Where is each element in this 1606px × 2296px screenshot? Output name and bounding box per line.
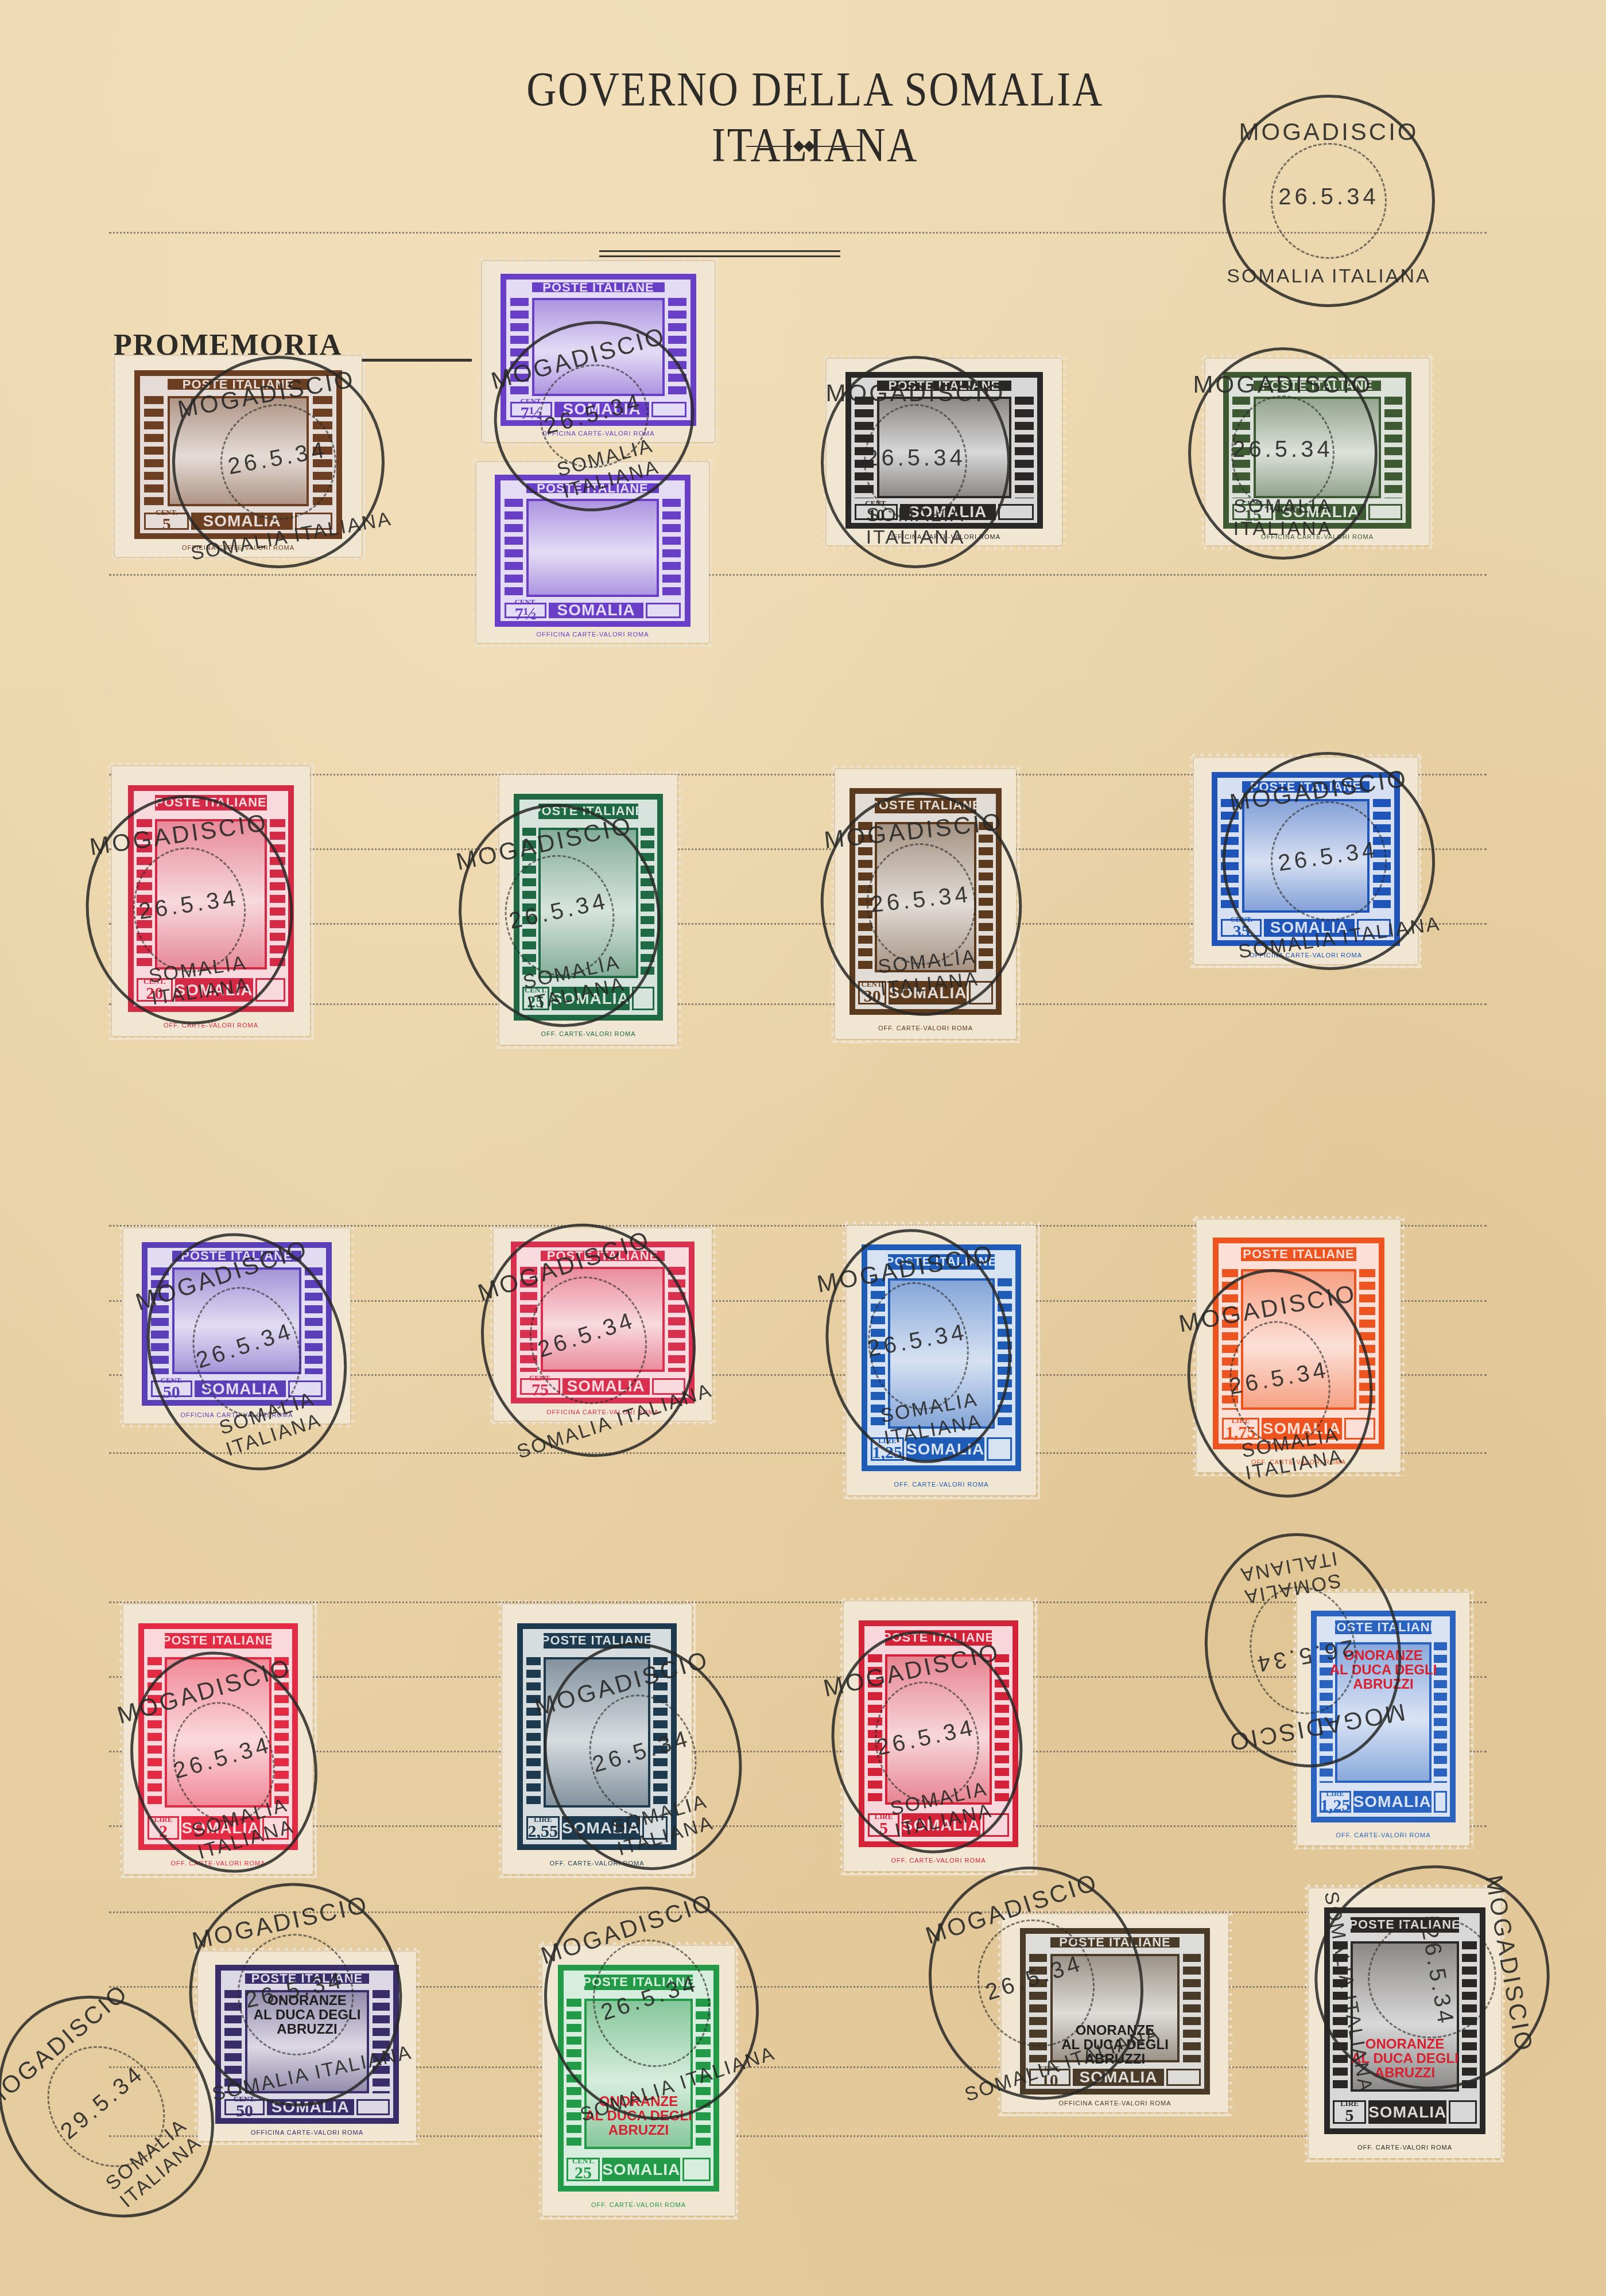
stamp-top-text: POSTE ITALIANE [532, 282, 665, 292]
stamp-imprint: OFFICINA CARTE-VALORI ROMA [198, 2130, 416, 2136]
stamp-arabic-value [356, 2099, 390, 2115]
promemoria-rule [351, 359, 472, 362]
ruled-line [109, 574, 1487, 576]
stamp-ornament [526, 1657, 541, 1808]
stamp-vignette [526, 499, 659, 597]
postmark-region: SOMALIA ITALIANA [1191, 495, 1375, 540]
stamp-imprint: OFF. CARTE-VALORI ROMA [847, 1481, 1036, 1488]
stamp-country: SOMALIA [1368, 2100, 1446, 2124]
postmark-region: SOMALIA ITALIANA [824, 504, 1007, 549]
stamp-value: LIRE2,55 [526, 1816, 560, 1840]
stamp-ornament [1384, 397, 1402, 498]
stamp-imprint: OFFICINA CARTE-VALORI ROMA [1002, 2100, 1228, 2107]
stamp-value: LIRE1,25 [1320, 1791, 1351, 1813]
stamp-value: CENT.7½ [505, 603, 547, 618]
stamp-value: LIRE5 [1333, 2100, 1366, 2124]
stamp-arabic-value [1449, 2100, 1477, 2124]
postmark-city: MOGADISCIO [1191, 371, 1375, 398]
stamp-arabic-value [646, 603, 681, 618]
stamp-ornament [144, 396, 164, 506]
stamp-value: CENT.5 [144, 513, 189, 530]
stamp-top-text: POSTE ITALIANE [1241, 1247, 1356, 1261]
stamp-value: CENT.25 [567, 2158, 600, 2181]
postmark-region: SOMALIA ITALIANA [1225, 265, 1432, 288]
stamp-country: SOMALIA [602, 2158, 680, 2181]
mogadiscio-postmark: MOGADISCIO26.5.34SOMALIA ITALIANA [1223, 95, 1435, 307]
postmark-date: 26.5.34 [1225, 184, 1432, 210]
stamp-arabic-value [682, 2158, 711, 2181]
postmark-date: 26.5.34 [824, 445, 1007, 471]
mogadiscio-postmark: MOGADISCIO26.5.34SOMALIA ITALIANA [821, 356, 1010, 568]
stamp-ornament [662, 499, 681, 597]
stamp-imprint: OFF. CARTE-VALORI ROMA [835, 1025, 1016, 1032]
postmark-city: MOGADISCIO [1225, 118, 1432, 146]
stamp-country: SOMALIA [1353, 1791, 1432, 1813]
stamp-imprint: OFFICINA CARTE-VALORI ROMA [476, 631, 709, 638]
mogadiscio-postmark: MOGADISCIO26.5.34SOMALIA ITALIANA [1188, 347, 1378, 560]
stamp-imprint: OFF. CARTE-VALORI ROMA [1297, 1832, 1469, 1839]
stamp-imprint: OFF. CARTE-VALORI ROMA [844, 1857, 1033, 1864]
page-title: GOVERNO DELLA SOMALIA ITALIANA [440, 62, 1190, 173]
postmark-city: MOGADISCIO [824, 379, 1007, 407]
double-rule [599, 250, 840, 261]
stamp-imprint: OFF. CARTE-VALORI ROMA [1309, 2144, 1501, 2151]
stamp-arabic-value [987, 1437, 1012, 1461]
stamp-top-text: POSTE ITALIANE [165, 1633, 271, 1648]
stamp-country: SOMALIA [549, 603, 643, 618]
stamp-arabic-value [1166, 2069, 1201, 2086]
stamp-imprint: OFF. CARTE-VALORI ROMA [112, 1022, 310, 1029]
ruled-line [109, 1003, 1487, 1005]
stamp-ornament [1015, 397, 1033, 498]
stamp-imprint: OFF. CARTE-VALORI ROMA [542, 2202, 735, 2209]
stamp-imprint: OFF. CARTE-VALORI ROMA [499, 1031, 677, 1038]
stamp-arabic-value [1434, 1791, 1448, 1813]
title-ornament [746, 141, 861, 152]
postmark-date: 26.5.34 [1191, 437, 1375, 463]
